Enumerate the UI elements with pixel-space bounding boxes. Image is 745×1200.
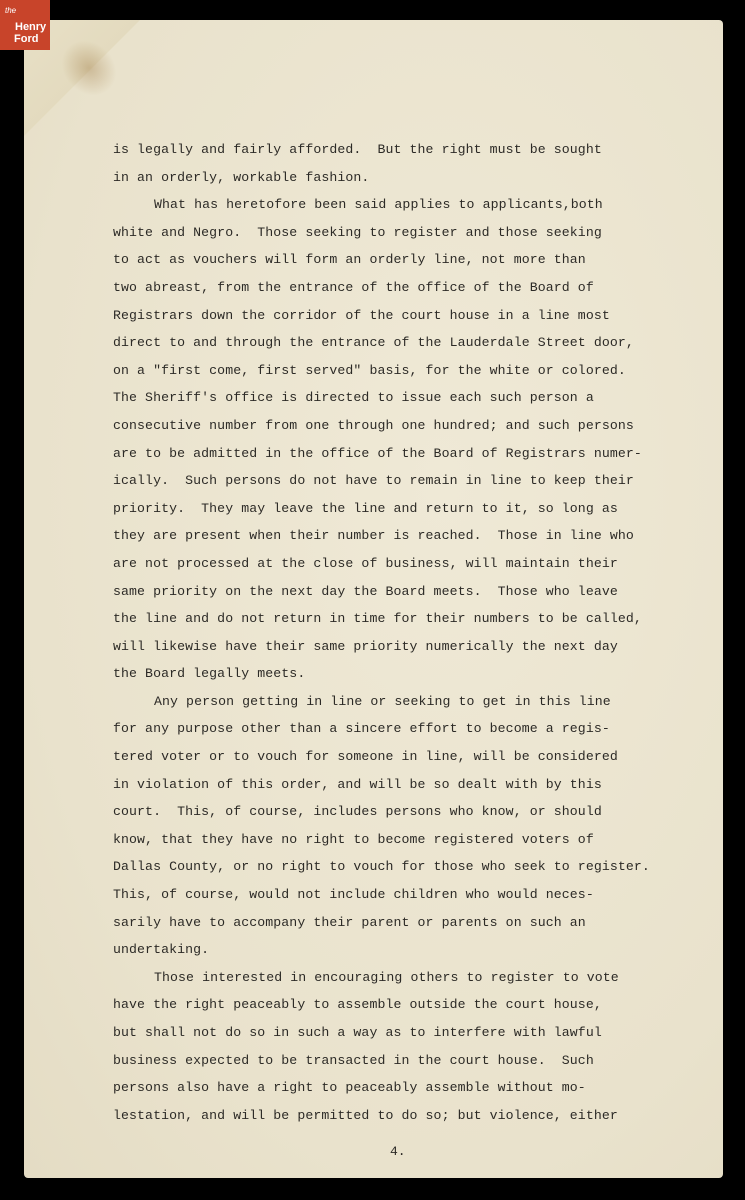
text-line: have the right peaceably to assemble out… bbox=[113, 991, 683, 1019]
text-line: This, of course, would not include child… bbox=[113, 881, 683, 909]
text-line: know, that they have no right to become … bbox=[113, 826, 683, 854]
logo-the: the bbox=[5, 7, 16, 15]
text-line: sarily have to accompany their parent or… bbox=[113, 909, 683, 937]
text-line: ically. Such persons do not have to rema… bbox=[113, 467, 683, 495]
text-line: business expected to be transacted in th… bbox=[113, 1047, 683, 1075]
text-line: priority. They may leave the line and re… bbox=[113, 495, 683, 523]
text-line: are to be admitted in the office of the … bbox=[113, 440, 683, 468]
text-line: direct to and through the entrance of th… bbox=[113, 329, 683, 357]
henry-ford-logo: the Henry Ford bbox=[0, 0, 50, 50]
text-line: What has heretofore been said applies to… bbox=[113, 191, 683, 219]
text-line: persons also have a right to peaceably a… bbox=[113, 1074, 683, 1102]
text-line: Those interested in encouraging others t… bbox=[113, 964, 683, 992]
text-line: undertaking. bbox=[113, 936, 683, 964]
typed-text-body: is legally and fairly afforded. But the … bbox=[113, 136, 683, 1129]
text-line: will likewise have their same priority n… bbox=[113, 633, 683, 661]
logo-ford: Ford bbox=[14, 34, 38, 45]
document-page: is legally and fairly afforded. But the … bbox=[24, 20, 723, 1178]
text-line: white and Negro. Those seeking to regist… bbox=[113, 219, 683, 247]
text-line: the line and do not return in time for t… bbox=[113, 605, 683, 633]
text-line: they are present when their number is re… bbox=[113, 522, 683, 550]
text-line: lestation, and will be permitted to do s… bbox=[113, 1102, 683, 1130]
text-line: Dallas County, or no right to vouch for … bbox=[113, 853, 683, 881]
text-line: but shall not do so in such a way as to … bbox=[113, 1019, 683, 1047]
text-line: in an orderly, workable fashion. bbox=[113, 164, 683, 192]
text-line: Any person getting in line or seeking to… bbox=[113, 688, 683, 716]
text-line: are not processed at the close of busine… bbox=[113, 550, 683, 578]
text-line: The Sheriff's office is directed to issu… bbox=[113, 384, 683, 412]
text-line: court. This, of course, includes persons… bbox=[113, 798, 683, 826]
text-line: same priority on the next day the Board … bbox=[113, 578, 683, 606]
text-line: in violation of this order, and will be … bbox=[113, 771, 683, 799]
text-line: for any purpose other than a sincere eff… bbox=[113, 715, 683, 743]
text-line: Registrars down the corridor of the cour… bbox=[113, 302, 683, 330]
text-line: tered voter or to vouch for someone in l… bbox=[113, 743, 683, 771]
logo-henry: Henry bbox=[15, 22, 46, 33]
text-line: consecutive number from one through one … bbox=[113, 412, 683, 440]
text-line: on a "first come, first served" basis, f… bbox=[113, 357, 683, 385]
text-line: is legally and fairly afforded. But the … bbox=[113, 136, 683, 164]
page-number: 4. bbox=[390, 1144, 406, 1159]
text-line: the Board legally meets. bbox=[113, 660, 683, 688]
text-line: to act as vouchers will form an orderly … bbox=[113, 246, 683, 274]
text-line: two abreast, from the entrance of the of… bbox=[113, 274, 683, 302]
